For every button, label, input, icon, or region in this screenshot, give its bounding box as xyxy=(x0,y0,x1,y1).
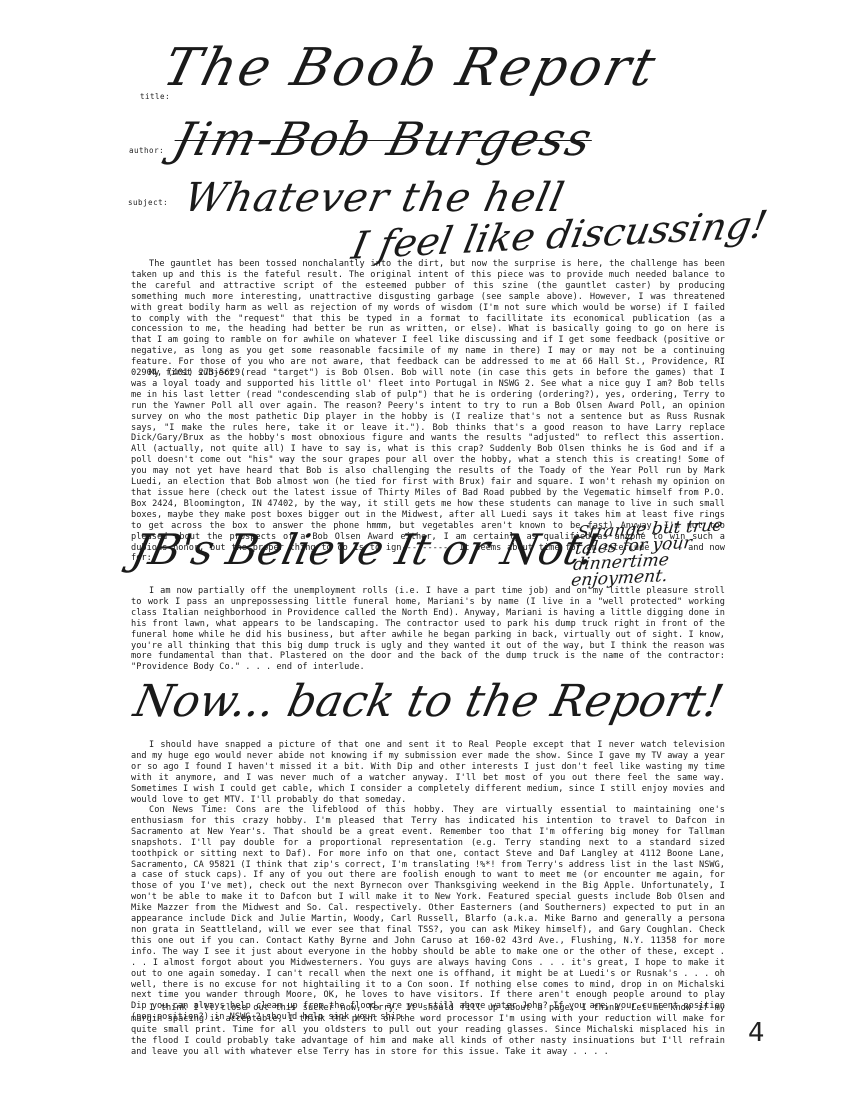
subject-label: subject: xyxy=(128,198,168,207)
handwritten-title: The Boob Report xyxy=(158,38,664,98)
handwritten-subject-line1: Whatever the hell xyxy=(180,175,569,221)
page-number: 4 xyxy=(748,1018,765,1048)
return-heading: Now... back to the Report! xyxy=(130,676,728,727)
author-label: author: xyxy=(129,146,164,155)
interlude-subheading: Strange but true tales for your dinnerti… xyxy=(570,515,769,589)
paragraph-television: I should have snapped a picture of that … xyxy=(131,740,725,805)
document-page: title: The Boob Report author: Jim-Bob B… xyxy=(0,0,864,1108)
handwritten-author: Jim-Bob Burgess xyxy=(168,112,599,166)
interlude-heading: JB's Believe It or Not! xyxy=(128,525,603,574)
paragraph-con-news: Con News Time: Cons are the lifeblood of… xyxy=(131,805,725,1023)
paragraph-intro: The gauntlet has been tossed nonchalantl… xyxy=(131,259,725,379)
paragraph-closing: I think I'll close out this sucker now, … xyxy=(131,1003,725,1058)
paragraph-interlude: I am now partially off the unemployment … xyxy=(131,586,725,673)
